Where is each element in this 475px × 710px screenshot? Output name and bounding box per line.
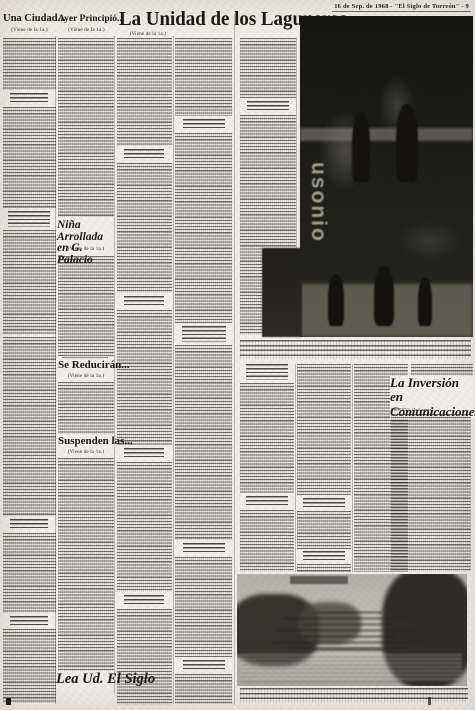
photo-figure bbox=[396, 104, 418, 182]
page-folio-dateline: 16 de Sep. de 1968 - "El Siglo de Torreó… bbox=[332, 3, 471, 12]
headline-se-reduciran: Se Reducirán... bbox=[58, 360, 116, 371]
article-lead-inversion: MEXICO, (Informex).— bbox=[391, 407, 471, 412]
continuation-note: (Viene de la 1a.) bbox=[121, 32, 175, 37]
headline-la-inversion-line1: La Inversión en bbox=[390, 376, 474, 405]
continuation-note: (Viene de la 1a.) bbox=[3, 28, 56, 33]
text-lines bbox=[175, 345, 232, 540]
press-mark bbox=[6, 698, 11, 705]
subhead-lines bbox=[10, 519, 48, 530]
ghost-line bbox=[313, 611, 383, 614]
text-lines bbox=[117, 462, 172, 592]
continuation-note: (Viene de la 1a.) bbox=[58, 450, 114, 455]
text-lines bbox=[3, 629, 56, 703]
text-lines bbox=[175, 674, 232, 704]
column-rule bbox=[173, 36, 174, 704]
text-lines bbox=[240, 38, 296, 98]
subhead-lines bbox=[10, 616, 48, 626]
ghost-line bbox=[272, 641, 424, 644]
subhead-lines bbox=[124, 595, 164, 606]
text-lines bbox=[58, 458, 114, 671]
headline-una-ciudad: Una Ciudad... bbox=[3, 14, 57, 25]
photo-figure bbox=[374, 266, 394, 326]
text-lines bbox=[240, 383, 294, 493]
water-reflection bbox=[240, 654, 462, 682]
text-lines bbox=[3, 107, 56, 208]
column-rule bbox=[352, 364, 353, 572]
subhead-lines bbox=[183, 660, 225, 671]
text-lines bbox=[3, 38, 56, 90]
continuation-note: (Viene de la 1a.) bbox=[58, 247, 114, 252]
text-lines bbox=[297, 511, 351, 549]
text-lines bbox=[117, 609, 172, 705]
ghost-line bbox=[284, 617, 412, 620]
text-lines bbox=[117, 38, 172, 146]
text-lines bbox=[411, 364, 473, 375]
bottom-photo-caption bbox=[240, 688, 468, 702]
text-lines bbox=[175, 133, 232, 323]
top-photo-extension bbox=[262, 248, 302, 337]
photo-figure bbox=[418, 278, 432, 326]
photo-sign-text: usonio bbox=[303, 162, 330, 254]
continuation-note: (Viene de la 1a.) bbox=[58, 374, 114, 379]
text-lines bbox=[391, 414, 471, 572]
text-lines bbox=[3, 337, 56, 516]
top-photo-caption bbox=[240, 340, 471, 359]
ghost-line bbox=[298, 635, 398, 638]
subhead-lines bbox=[124, 448, 164, 459]
text-lines bbox=[240, 510, 294, 572]
subhead-lines bbox=[182, 326, 226, 342]
subhead-lines bbox=[247, 101, 289, 112]
subhead-lines bbox=[246, 364, 288, 380]
column-rule bbox=[295, 364, 296, 572]
subhead-lines bbox=[183, 119, 225, 130]
text-lines bbox=[58, 256, 114, 356]
headline-suspenden-las: Suspenden las... bbox=[58, 436, 118, 447]
subhead-lines bbox=[303, 498, 345, 508]
text-lines bbox=[3, 533, 56, 613]
newspaper-page: 16 de Sep. de 1968 - "El Siglo de Torreó… bbox=[0, 0, 475, 710]
text-lines bbox=[297, 564, 351, 572]
ghost-bleed-text bbox=[255, 586, 440, 650]
text-lines bbox=[58, 382, 114, 434]
ghost-headline bbox=[290, 576, 348, 584]
headline-ayer-principio: Ayer Principió... bbox=[58, 15, 116, 25]
text-lines bbox=[117, 310, 172, 445]
text-lines bbox=[297, 364, 351, 495]
subhead-lines bbox=[8, 211, 50, 227]
text-lines bbox=[58, 38, 114, 217]
text-lines bbox=[3, 230, 56, 334]
photo-light-band bbox=[300, 128, 473, 141]
continuation-note: (Viene de la 1a.) bbox=[58, 28, 115, 33]
text-lines bbox=[175, 557, 232, 657]
ghost-line bbox=[277, 629, 419, 632]
subhead-lines bbox=[183, 543, 225, 554]
subhead-lines bbox=[303, 551, 345, 561]
bottom-photo bbox=[237, 574, 467, 686]
shoreline bbox=[237, 648, 467, 651]
photo-figure bbox=[352, 112, 370, 182]
subhead-lines bbox=[246, 496, 288, 507]
photo-figure bbox=[328, 274, 344, 326]
press-mark bbox=[428, 697, 431, 705]
text-lines bbox=[117, 163, 172, 293]
subhead-lines bbox=[124, 149, 164, 160]
section-rule bbox=[62, 357, 108, 358]
text-lines bbox=[175, 38, 232, 116]
column-rule bbox=[234, 14, 235, 705]
ghost-line bbox=[304, 623, 392, 626]
subhead-lines bbox=[124, 296, 164, 307]
headline-la-inversion: La Inversión en Comunicaciones bbox=[390, 376, 474, 419]
subhead-lines bbox=[10, 93, 48, 104]
